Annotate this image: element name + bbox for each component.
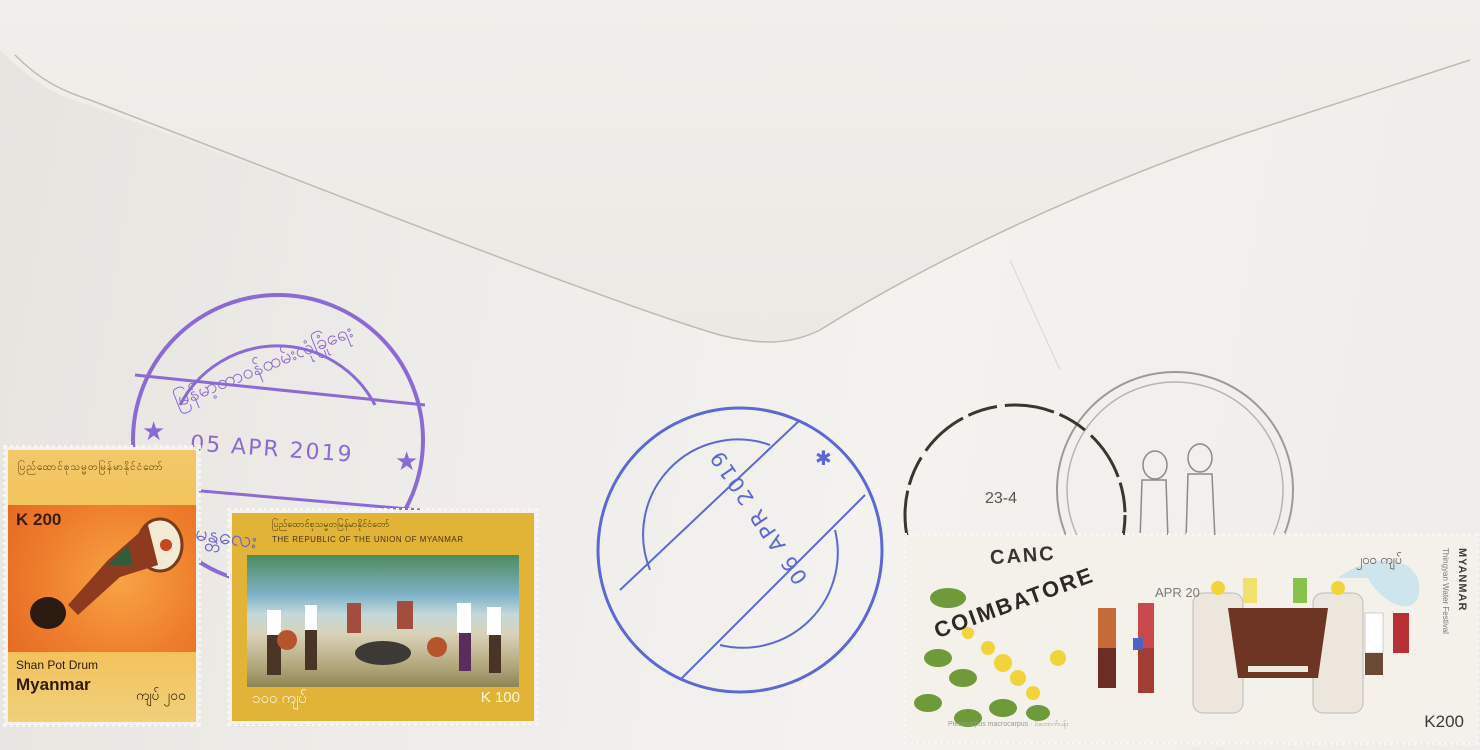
- stamp-local-value: ၂၀၀ ကျပ်: [1356, 552, 1402, 571]
- bullock-cart-icon: [1193, 578, 1363, 713]
- purple-postmark-arc-text: မြန်မာ့တာဝန်ထမ်းလုံခြုံရေး: [170, 318, 357, 415]
- stamp-header-script: ပြည်ထောင်စုသမ္မတမြန်မာနိုင်ငံတော်: [272, 519, 389, 532]
- stamp-artwork: [247, 555, 519, 687]
- stamp-header-script: ပြည်ထောင်စုသမ္မတမြန်မာနိုင်ငံတော်: [18, 460, 163, 475]
- stamp-shan-pot-drum: ပြည်ထောင်စုသမ္မတမြန်မာနိုင်ငံတော် K 200 …: [8, 450, 196, 722]
- blue-postmark-ring: ✱: [590, 400, 890, 700]
- stamp-festival-painting: ပြည်ထောင်စုသမ္မတမြန်မာနိုင်ငံတော် THE RE…: [232, 513, 534, 721]
- svg-text:★: ★: [142, 416, 165, 446]
- padauk-flowers-icon: [962, 627, 1066, 700]
- stamp-header: ပြည်ထောင်စုသမ္မတမြန်မာနိုင်ငံတော်: [8, 450, 196, 510]
- stamp-caption: Pterocarpus macrocarpus · ပိတောက်ပန်း: [948, 720, 1068, 730]
- stamp-value: K 100: [481, 689, 520, 706]
- mandalay-postmark-date: APR 20: [1155, 585, 1200, 600]
- stamp-local-value: ၁၀၀ ကျပ်: [252, 689, 307, 711]
- stamp-subject: Shan Pot Drum: [16, 658, 98, 672]
- stamp-value: K 200: [16, 510, 61, 530]
- svg-text:✱: ✱: [815, 448, 832, 470]
- stamp-subtitle: Thingyan Water Festival: [1441, 548, 1450, 634]
- stamp-local-value: ကျပ် ၂၀၀: [136, 686, 186, 707]
- stamp-country: MYANMAR: [1456, 548, 1468, 611]
- coimbatore-postmark-canc: CANC: [989, 543, 1056, 571]
- festival-dancers-icon: [247, 555, 519, 687]
- svg-text:★: ★: [395, 446, 418, 476]
- water-festival-figures-icon: [1140, 444, 1215, 540]
- coimbatore-postmark-date: 23-4: [985, 490, 1017, 508]
- stamp-header-english: THE REPUBLIC OF THE UNION OF MYANMAR: [272, 535, 464, 544]
- stamp-country: Myanmar: [16, 675, 91, 695]
- stamp-value: K200: [1424, 712, 1464, 732]
